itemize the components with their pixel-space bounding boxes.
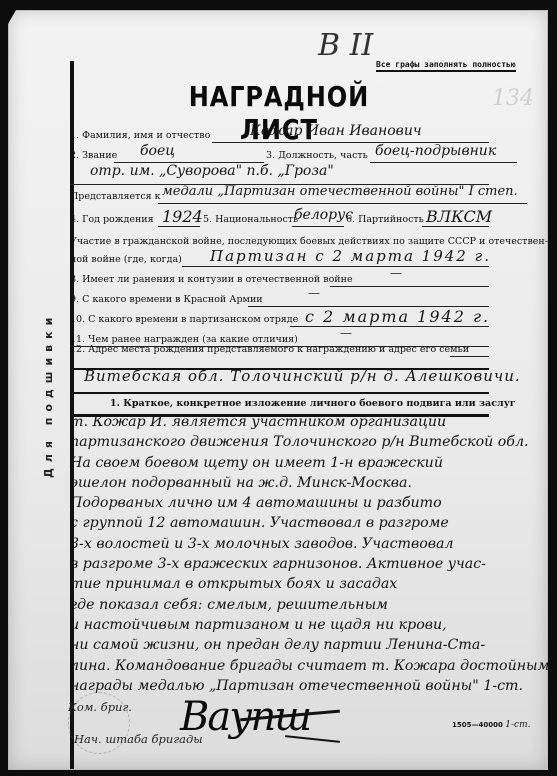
narrative-line: лина. Командование бригады считает т. Ко… — [70, 656, 545, 676]
field-value-award: медали „Партизан отечественной войны" I … — [162, 184, 518, 199]
narrative-line: где показал себя: смелым, решительным — [70, 595, 545, 615]
field-label: 9. С какого времени в Красной Армии — [70, 294, 263, 305]
narrative-line: партизанского движения Толочинского р/н … — [70, 432, 545, 452]
field-value-wounds: — — [390, 266, 402, 280]
field-label: 10. С какого времени в партизанском отря… — [70, 314, 298, 325]
field-partisan-since: 10. С какого времени в партизанском отря… — [70, 314, 527, 332]
narrative-line: с группой 12 автомашин. Участвовал в раз… — [70, 513, 545, 533]
print-run-code: 1505—40000 — [452, 721, 503, 729]
section-title: 1. Краткое, конкретное изложение личного… — [110, 398, 516, 409]
field-address-value: Витебская обл. Толочинский р/н д. Алешко… — [70, 374, 527, 392]
field-value-nationality: белорус — [294, 207, 353, 223]
field-wounds: 8. Имеет ли ранения и контузии в отечест… — [70, 274, 527, 292]
field-label-party: 6. Партийность — [346, 214, 424, 225]
field-value-combat: Партизан с 2 марта 1942 г. — [210, 247, 491, 265]
field-combat-participation: ной войне (где, когда) Партизан с 2 март… — [70, 254, 527, 272]
field-value-full-name: Кожар Иван Иванович — [250, 123, 422, 139]
field-label-birth-year: 4. Год рождения — [70, 214, 154, 225]
field-label: 1. Фамилия, имя и отчество — [70, 130, 210, 141]
archive-page-number: 134 — [492, 86, 534, 111]
commander-label: Ком. бриг. — [68, 700, 132, 714]
archive-mark: В II — [318, 28, 373, 63]
field-label: 12. Адрес места рождения представляемого… — [70, 344, 469, 355]
field-label: ной войне (где, когда) — [70, 254, 182, 265]
narrative-line: эшелон подорванный на ж.д. Минск-Москва. — [70, 473, 545, 493]
field-label-position: 3. Должность, часть — [266, 150, 368, 161]
field-label-rank: 2. Звание — [70, 150, 117, 161]
fill-instruction: Все графы заполнять полностью — [376, 60, 516, 72]
field-value-party: ВЛКСМ — [426, 207, 492, 226]
field-label: Участие в гражданской войне, последующих… — [70, 236, 548, 247]
field-label: 8. Имеет ли ранения и контузии в отечест… — [70, 274, 353, 285]
field-address: 12. Адрес места рождения представляемого… — [70, 344, 527, 362]
narrative-line: т. Кожар И. является участником организа… — [70, 412, 545, 432]
field-value-red-army: — — [308, 286, 320, 300]
field-value-birth-year: 1924 — [162, 207, 203, 226]
narrative-line: 3-х волостей и 3-х молочных заводов. Уча… — [70, 534, 545, 554]
field-value-partisan-since: с 2 марта 1942 г. — [305, 307, 490, 326]
field-label-nationality: 5. Национальность — [203, 214, 298, 225]
narrative-line: ни самой жизни, он предан делу партии Ле… — [70, 635, 545, 655]
field-value-unit: отр. им. „Суворова" п.б. „Гроза" — [90, 163, 334, 179]
field-label: Представляется к — [70, 191, 161, 202]
field-value-rank: боец — [140, 143, 175, 159]
field-value-address: Витебская обл. Толочинский р/н д. Алешко… — [84, 367, 521, 385]
print-code-suffix: 1-ст. — [505, 720, 530, 730]
narrative-line: Подорваных лично им 4 автомашины и разби… — [70, 493, 545, 513]
divider — [70, 392, 489, 394]
narrative-line: в разгроме 3-х вражеских гарнизонов. Акт… — [70, 554, 545, 574]
field-birth-nationality-party: 4. Год рождения 1924 5. Национальность б… — [70, 214, 527, 232]
narrative-line: тие принимал в открытых боях и засадах — [70, 574, 545, 594]
narrative-line: и настойчивым партизаном и не щадя ни кр… — [70, 615, 545, 635]
field-value-position: боец-подрывник — [375, 143, 496, 159]
field-value-previous-awards: — — [340, 326, 352, 340]
binding-margin-label: Для подшивки — [42, 295, 62, 495]
narrative-text: т. Кожар И. является участником организа… — [70, 412, 545, 696]
narrative-line: На своем боевом щету он имеет 1-н вражес… — [70, 453, 545, 473]
print-code: 1505—40000 1-ст. — [452, 720, 530, 730]
